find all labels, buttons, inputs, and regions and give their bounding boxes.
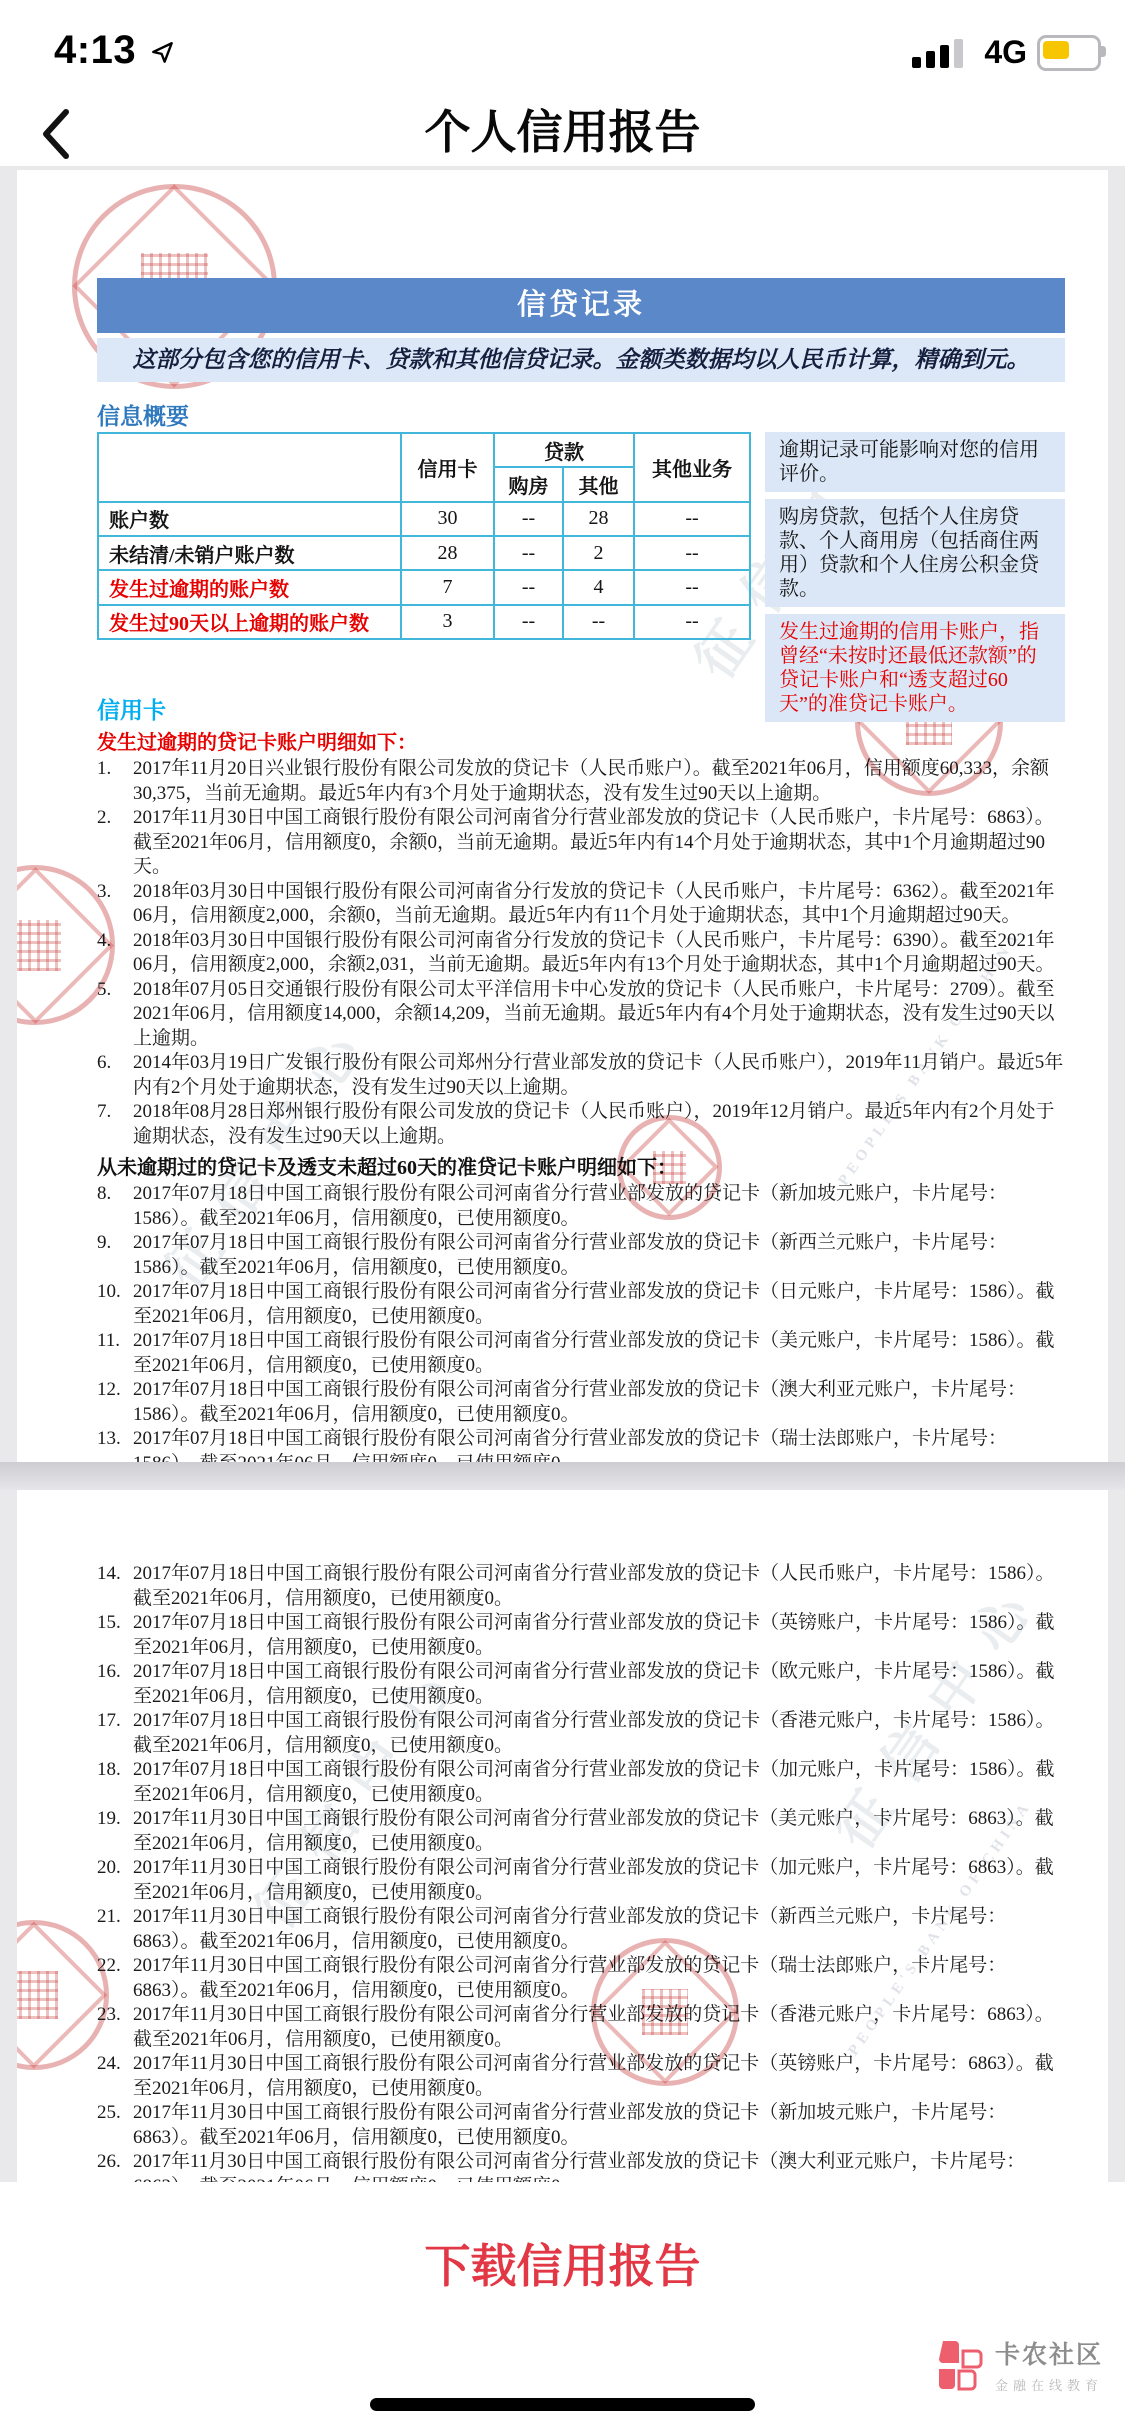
note-overdue-impact: 逾期记录可能影响对您的信用评价。 bbox=[765, 432, 1065, 492]
table-corner-cell bbox=[98, 433, 401, 502]
list-item: 22.2017年11月30日中国工商银行股份有限公司河南省分行营业部发放的贷记卡… bbox=[97, 1954, 1065, 2003]
list-item: 23.2017年11月30日中国工商银行股份有限公司河南省分行营业部发放的贷记卡… bbox=[97, 2003, 1065, 2052]
col-header-credit-card: 信用卡 bbox=[401, 433, 494, 502]
battery-icon bbox=[1037, 35, 1101, 71]
report-scroll-area[interactable]: 征信中心 征信中心 PEOPLE'S BANK OF CHINA 信贷记录 这部… bbox=[0, 166, 1125, 2182]
col-header-other-business: 其他业务 bbox=[634, 433, 750, 502]
note-house-loan: 购房贷款，包括个人住房贷款、个人商用房（包括商住两用）贷款和个人住房公积金贷款。 bbox=[765, 499, 1065, 607]
page-title: 个人信用报告 bbox=[0, 100, 1125, 164]
table-row: 未结清/未销户账户数 28 -- 2 -- bbox=[98, 536, 750, 570]
brand-subtitle: 金融在线教育 bbox=[995, 2375, 1103, 2394]
overdue-list-heading: 发生过逾期的贷记卡账户明细如下： bbox=[97, 726, 1065, 751]
list-item: 3.2018年03月30日中国银行股份有限公司河南省分行发放的贷记卡（人民币账户… bbox=[97, 880, 1065, 929]
list-item: 8.2017年07月18日中国工商银行股份有限公司河南省分行营业部发放的贷记卡（… bbox=[97, 1182, 1065, 1231]
note-overdue-definition: 发生过逾期的信用卡账户，指曾经“未按时还最低还款额”的贷记卡账户和“透支超过60… bbox=[765, 614, 1065, 722]
clean-card-list-page1: 8.2017年07月18日中国工商银行股份有限公司河南省分行营业部发放的贷记卡（… bbox=[97, 1182, 1065, 1462]
list-item: 11.2017年07月18日中国工商银行股份有限公司河南省分行营业部发放的贷记卡… bbox=[97, 1329, 1065, 1378]
list-item: 20.2017年11月30日中国工商银行股份有限公司河南省分行营业部发放的贷记卡… bbox=[97, 1856, 1065, 1905]
section-note: 这部分包含您的信用卡、贷款和其他信贷记录。金额类数据均以人民币计算，精确到元。 bbox=[97, 338, 1065, 382]
col-header-loan-other: 其他 bbox=[563, 467, 634, 501]
signal-strength-icon bbox=[912, 38, 974, 68]
back-chevron-icon[interactable] bbox=[36, 106, 76, 162]
list-item: 9.2017年07月18日中国工商银行股份有限公司河南省分行营业部发放的贷记卡（… bbox=[97, 1231, 1065, 1280]
list-item: 7.2018年08月28日郑州银行股份有限公司发放的贷记卡（人民币账户），201… bbox=[97, 1100, 1065, 1149]
nav-bar: 个人信用报告 bbox=[0, 100, 1125, 166]
overdue-card-list: 1.2017年11月20日兴业银行股份有限公司发放的贷记卡（人民币账户）。截至2… bbox=[97, 757, 1065, 1149]
report-page-2: 征信中心 征信中心 PEOPLE'S BANK OF CHINA 14.2017… bbox=[17, 1490, 1108, 2182]
list-item: 17.2017年07月18日中国工商银行股份有限公司河南省分行营业部发放的贷记卡… bbox=[97, 1709, 1065, 1758]
table-row: 账户数 30 -- 28 -- bbox=[98, 502, 750, 536]
location-arrow-icon bbox=[150, 40, 176, 66]
brand-name: 卡农社区 bbox=[995, 2335, 1103, 2371]
summary-heading: 信息概要 bbox=[97, 398, 1065, 424]
summary-notes: 逾期记录可能影响对您的信用评价。 购房贷款，包括个人住房贷款、个人商用房（包括商… bbox=[765, 432, 1065, 640]
list-item: 6.2014年03月19日广发银行股份有限公司郑州分行营业部发放的贷记卡（人民币… bbox=[97, 1051, 1065, 1100]
report-page-1: 征信中心 征信中心 PEOPLE'S BANK OF CHINA 信贷记录 这部… bbox=[17, 170, 1108, 1462]
section-banner: 信贷记录 bbox=[97, 278, 1065, 333]
table-row: 发生过90天以上逾期的账户数 3 -- -- -- bbox=[98, 605, 750, 639]
summary-table: 信用卡 贷款 其他业务 购房 其他 账户数 30 -- 28 -- bbox=[97, 432, 751, 640]
list-item: 1.2017年11月20日兴业银行股份有限公司发放的贷记卡（人民币账户）。截至2… bbox=[97, 757, 1065, 806]
list-item: 25.2017年11月30日中国工商银行股份有限公司河南省分行营业部发放的贷记卡… bbox=[97, 2101, 1065, 2150]
status-bar: 4:13 4G bbox=[0, 0, 1125, 100]
col-header-loan-house: 购房 bbox=[494, 467, 563, 501]
col-header-loan: 贷款 bbox=[494, 433, 634, 467]
download-report-button[interactable]: 下载信用报告 bbox=[0, 2230, 1125, 2296]
list-item: 13.2017年07月18日中国工商银行股份有限公司河南省分行营业部发放的贷记卡… bbox=[97, 1427, 1065, 1462]
list-item: 15.2017年07月18日中国工商银行股份有限公司河南省分行营业部发放的贷记卡… bbox=[97, 1611, 1065, 1660]
clean-list-heading: 从未逾期过的贷记卡及透支未超过60天的准贷记卡账户明细如下： bbox=[97, 1151, 1065, 1176]
clock: 4:13 bbox=[54, 28, 136, 73]
list-item: 5.2018年07月05日交通银行股份有限公司太平洋信用卡中心发放的贷记卡（人民… bbox=[97, 978, 1065, 1052]
table-row: 发生过逾期的账户数 7 -- 4 -- bbox=[98, 570, 750, 604]
list-item: 2.2017年11月30日中国工商银行股份有限公司河南省分行营业部发放的贷记卡（… bbox=[97, 806, 1065, 880]
list-item: 18.2017年07月18日中国工商银行股份有限公司河南省分行营业部发放的贷记卡… bbox=[97, 1758, 1065, 1807]
list-item: 12.2017年07月18日中国工商银行股份有限公司河南省分行营业部发放的贷记卡… bbox=[97, 1378, 1065, 1427]
network-type-label: 4G bbox=[984, 34, 1027, 71]
list-item: 19.2017年11月30日中国工商银行股份有限公司河南省分行营业部发放的贷记卡… bbox=[97, 1807, 1065, 1856]
brand-watermark: 卡农社区 金融在线教育 bbox=[929, 2335, 1103, 2394]
list-item: 10.2017年07月18日中国工商银行股份有限公司河南省分行营业部发放的贷记卡… bbox=[97, 1280, 1065, 1329]
red-seal-stamp bbox=[17, 1920, 109, 2070]
list-item: 26.2017年11月30日中国工商银行股份有限公司河南省分行营业部发放的贷记卡… bbox=[97, 2150, 1065, 2182]
home-indicator[interactable] bbox=[370, 2398, 755, 2411]
list-item: 14.2017年07月18日中国工商银行股份有限公司河南省分行营业部发放的贷记卡… bbox=[97, 1562, 1065, 1611]
list-item: 21.2017年11月30日中国工商银行股份有限公司河南省分行营业部发放的贷记卡… bbox=[97, 1905, 1065, 1954]
list-item: 4.2018年03月30日中国银行股份有限公司河南省分行发放的贷记卡（人民币账户… bbox=[97, 929, 1065, 978]
list-item: 24.2017年11月30日中国工商银行股份有限公司河南省分行营业部发放的贷记卡… bbox=[97, 2052, 1065, 2101]
page-separator bbox=[0, 1462, 1125, 1490]
brand-flower-icon bbox=[929, 2337, 985, 2393]
clean-card-list-page2: 14.2017年07月18日中国工商银行股份有限公司河南省分行营业部发放的贷记卡… bbox=[97, 1562, 1065, 2182]
list-item: 16.2017年07月18日中国工商银行股份有限公司河南省分行营业部发放的贷记卡… bbox=[97, 1660, 1065, 1709]
